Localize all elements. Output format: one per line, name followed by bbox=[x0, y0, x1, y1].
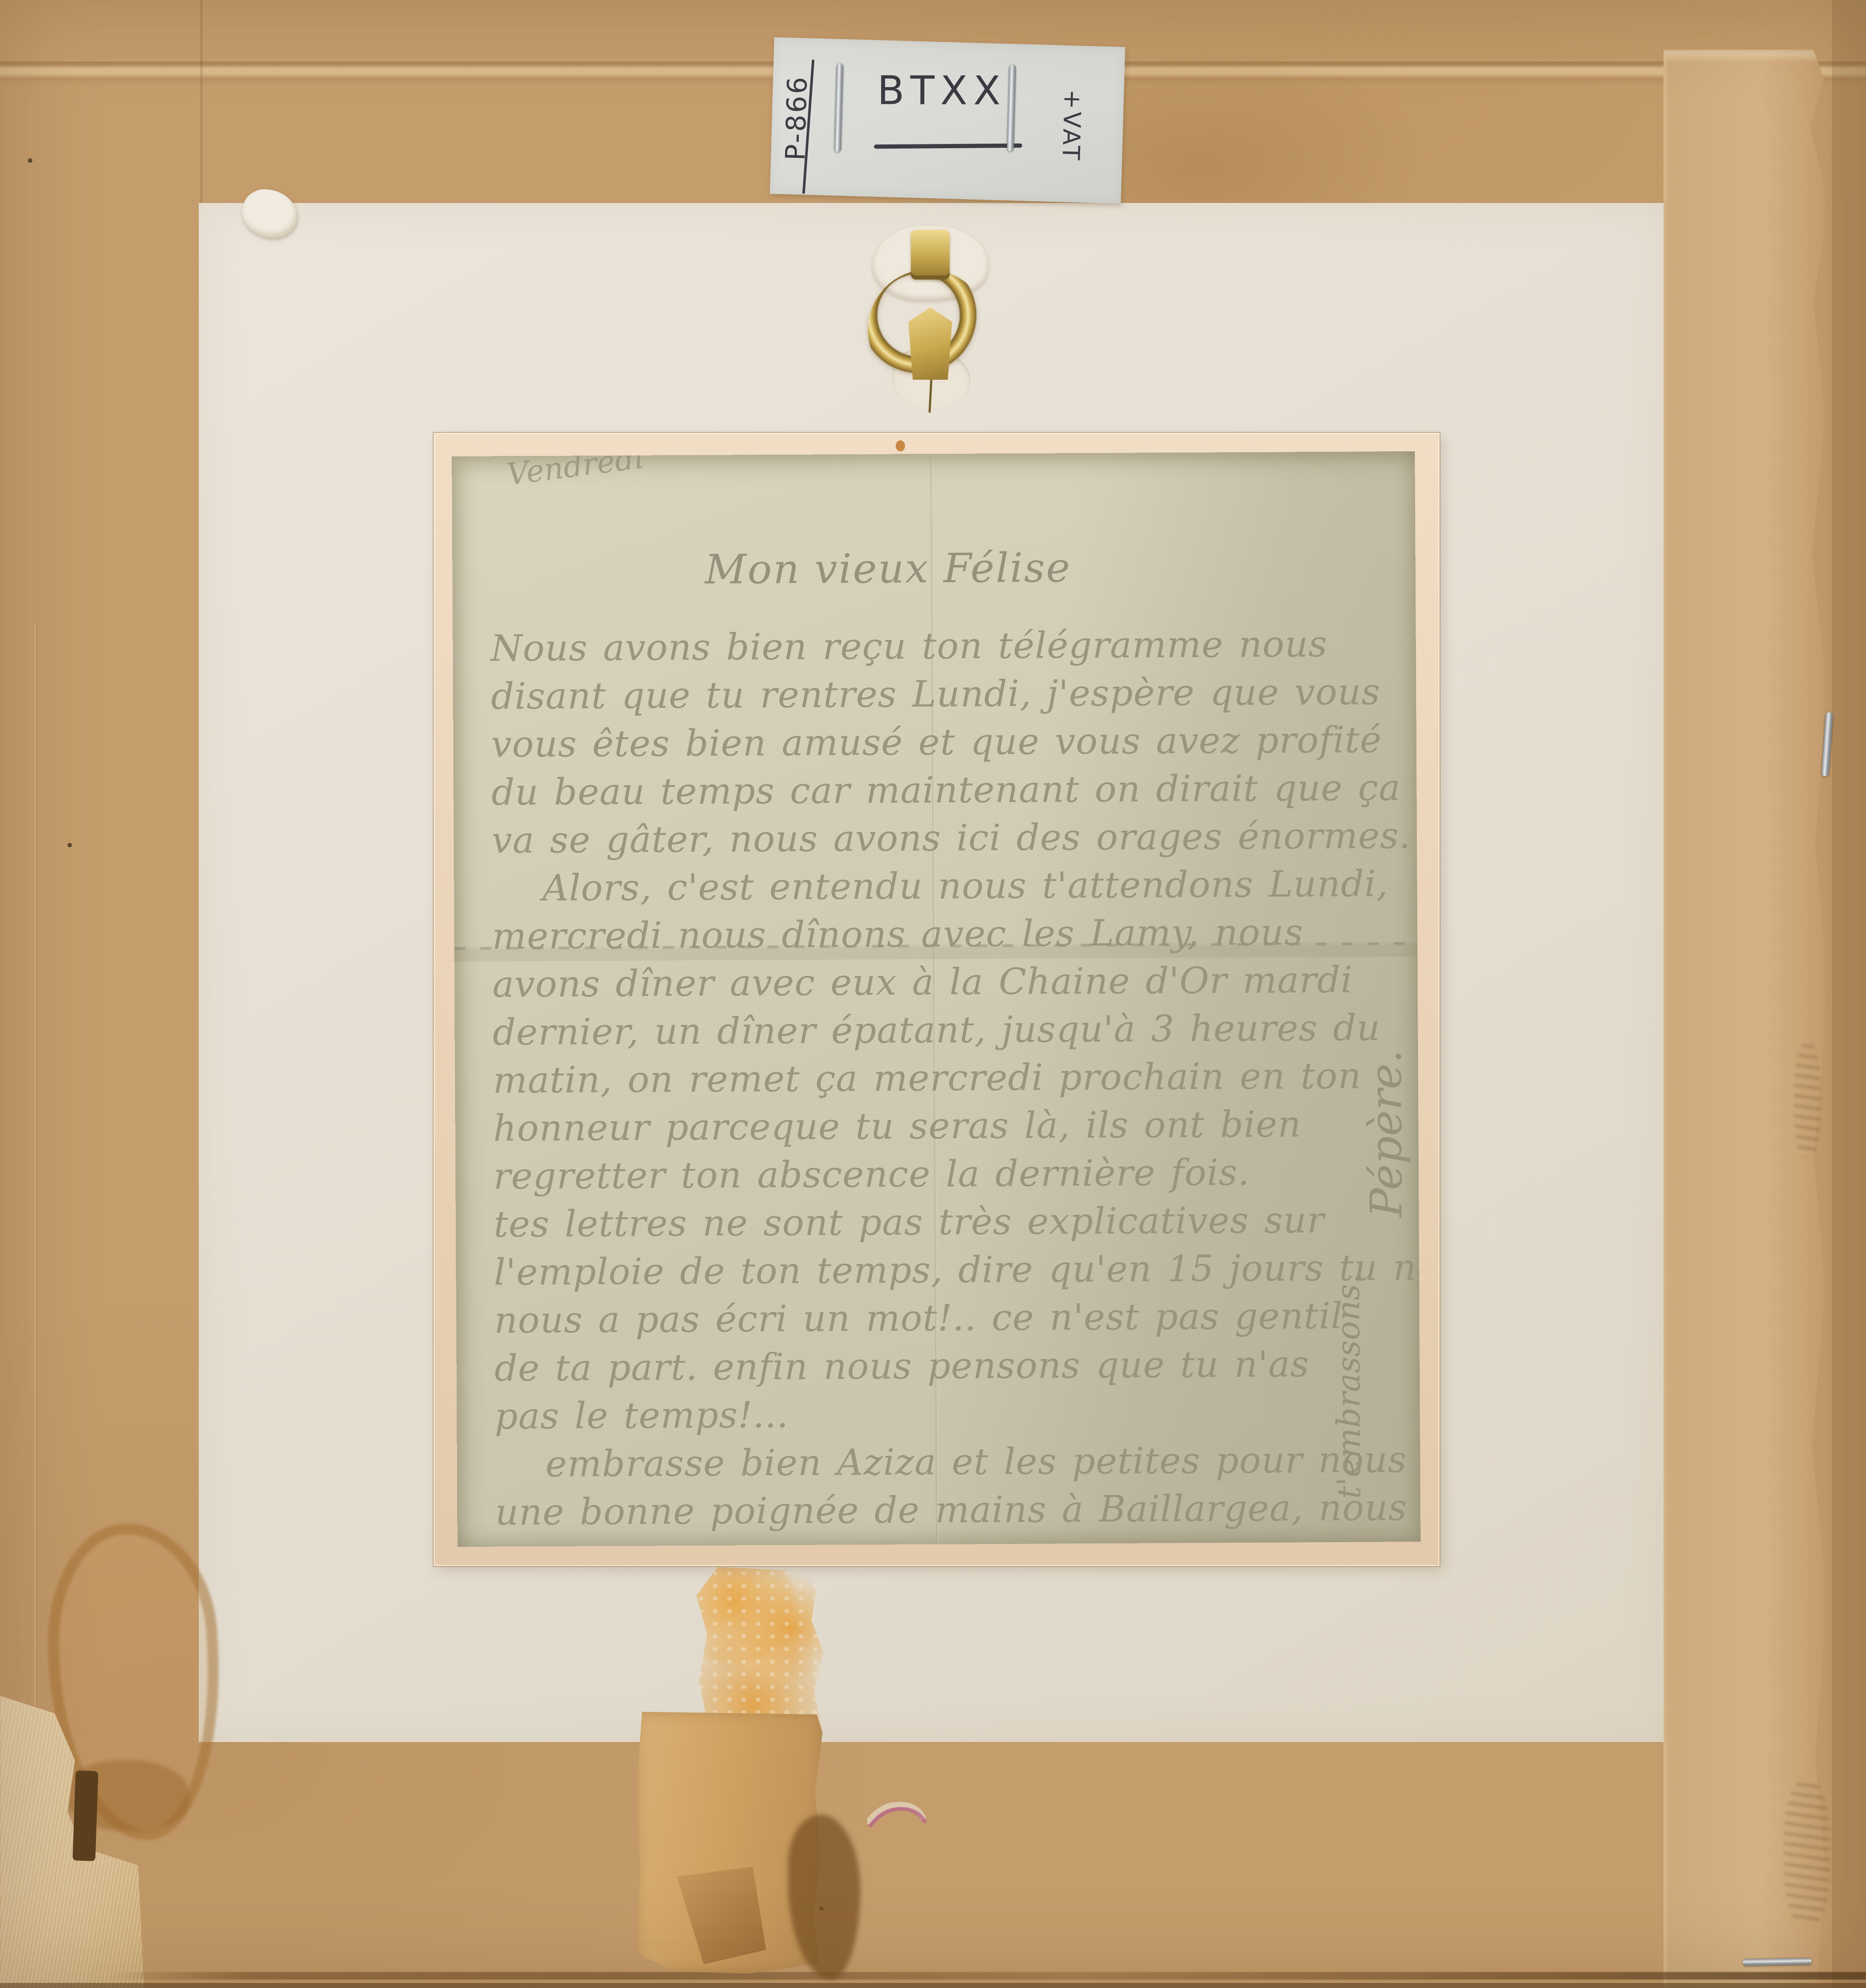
bottom-edge-shadow bbox=[0, 1983, 1866, 1988]
torn-corner-slot bbox=[72, 1770, 98, 1861]
letter-line: avons dîner avec eux à la Chaine d'Or ma… bbox=[492, 956, 1421, 1009]
letter-line: tes lettres ne sont pas très explicative… bbox=[493, 1196, 1420, 1249]
frame-orange-dot bbox=[896, 440, 905, 451]
letter-line: honneur parceque tu seras là, ils ont bi… bbox=[493, 1100, 1420, 1153]
letter-paper: Vendredi Mon vieux Félise Nous avons bie… bbox=[452, 451, 1421, 1547]
framed-letter-back-photo: Vendredi Mon vieux Félise Nous avons bie… bbox=[0, 0, 1866, 1988]
nail-hole bbox=[67, 843, 72, 847]
letter-line: mercredi nous dînons avec les Lamy, nous bbox=[492, 908, 1421, 961]
right-edge-shadow bbox=[1832, 0, 1866, 1988]
label-code-center: BTXX bbox=[877, 68, 1006, 114]
window-frame: Vendredi Mon vieux Félise Nous avons bie… bbox=[434, 433, 1440, 1566]
letter-line: embrasse bien Aziza et les petites pour … bbox=[495, 1436, 1420, 1489]
letter-line: Alors, c'est entendu nous t'attendons Lu… bbox=[492, 860, 1420, 913]
letter-line: nous a pas écri un mot!.. ce n'est pas g… bbox=[494, 1292, 1421, 1345]
lining-smudge bbox=[1794, 1044, 1821, 1158]
letter-line: matin, on remet ça mercredi prochain en … bbox=[493, 1052, 1421, 1105]
lining-smudge bbox=[1784, 1781, 1830, 1926]
label-code-right: +VAT bbox=[1056, 64, 1087, 187]
letter-body: Nous avons bien reçu ton télégramme nous… bbox=[490, 620, 1420, 1537]
letter-salutation: Mon vieux Félise bbox=[705, 544, 1071, 593]
letter-line: l'emploie de ton temps, dire qu'en 15 jo… bbox=[494, 1244, 1421, 1297]
letter-line: une bonne poignée de mains à Baillargea,… bbox=[495, 1484, 1421, 1537]
letter-line: du beau temps car maintenant on dirait q… bbox=[491, 764, 1421, 817]
letter-line: dernier, un dîner épatant, jusqu'à 3 heu… bbox=[492, 1004, 1421, 1057]
inventory-label: P-866 BTXX +VAT bbox=[770, 37, 1125, 203]
hanging-ring-clasp bbox=[911, 230, 950, 280]
nail-hole bbox=[28, 158, 32, 163]
letter-signature-vertical: Pépère. bbox=[1360, 994, 1411, 1273]
letter-line: Nous avons bien reçu ton télégramme nous bbox=[490, 620, 1420, 673]
letter-line: vous êtes bien amusé et que vous avez pr… bbox=[491, 716, 1421, 769]
bottom-stain-line bbox=[109, 1972, 1866, 1980]
letter-line: regretter ton abscence la dernière fois. bbox=[493, 1148, 1421, 1201]
staple bbox=[1743, 1958, 1812, 1966]
torn-lining-paper bbox=[1664, 50, 1838, 1988]
staple bbox=[1007, 65, 1016, 151]
letter-dateline: Vendredi bbox=[505, 451, 646, 492]
staple bbox=[834, 64, 844, 152]
letter-line: va se gâter, nous avons ici des orages é… bbox=[492, 812, 1421, 865]
letter-line: de ta part. enfin nous pensons que tu n'… bbox=[494, 1340, 1420, 1393]
label-underline bbox=[874, 144, 1022, 149]
hanging-ring-tab bbox=[908, 307, 952, 380]
pink-crayon-scribble bbox=[867, 1793, 930, 1839]
letter-line: pas le temps!... bbox=[495, 1388, 1421, 1441]
letter-line: disant que tu rentres Lundi, j'espère qu… bbox=[491, 668, 1421, 721]
top-left-seam bbox=[200, 0, 202, 208]
